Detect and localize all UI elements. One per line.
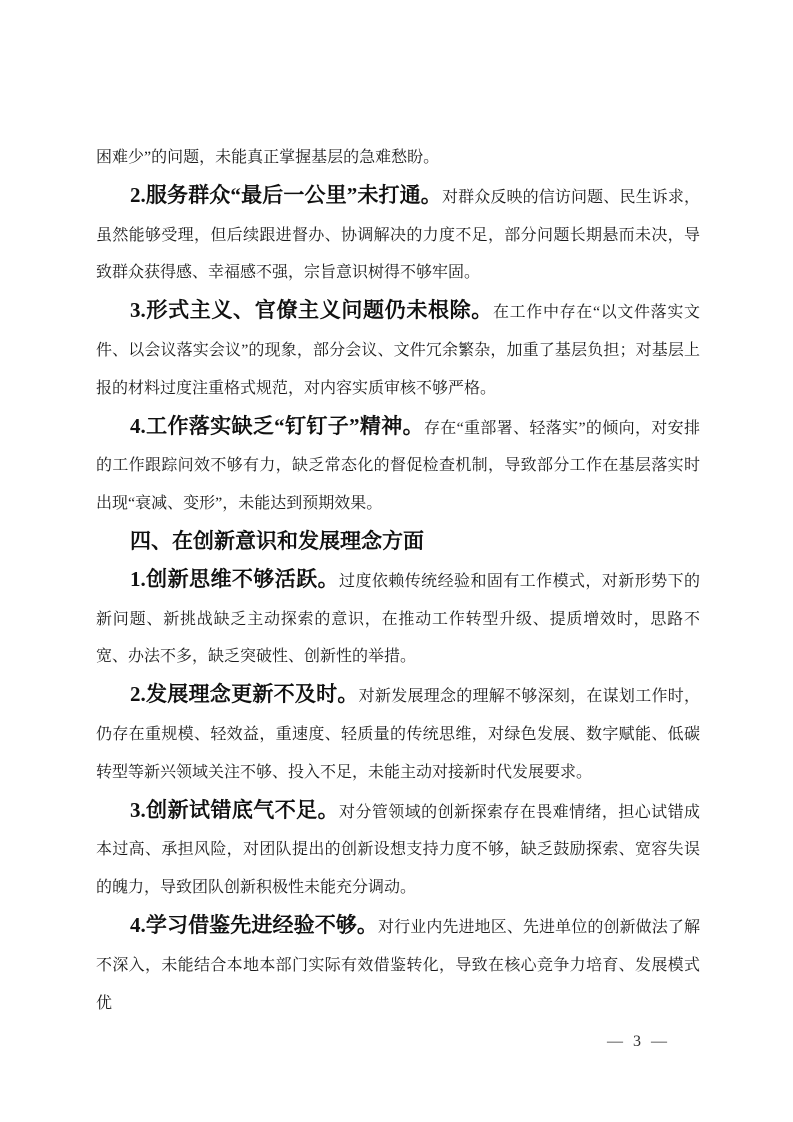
document-page: 困难少”的问题，未能真正掌握基层的急难愁盼。 2.服务群众“最后一公里”未打通。… bbox=[0, 0, 793, 1122]
paragraph-text: 困难少”的问题，未能真正掌握基层的急难愁盼。 bbox=[96, 149, 439, 166]
numbered-paragraph-3b: 3.创新试错底气不足。对分管领域的创新探索存在畏难情绪，担心试错成本过高、承担风… bbox=[96, 792, 700, 907]
numbered-paragraph-4b: 4.学习借鉴先进经验不够。对行业内先进地区、先进单位的创新做法了解不深入，未能结… bbox=[96, 907, 700, 1022]
numbered-paragraph-2b: 2.发展理念更新不及时。对新发展理念的理解不够深刻，在谋划工作时，仍存在重规模、… bbox=[96, 676, 700, 791]
paragraph-lead: 4.学习借鉴先进经验不够。 bbox=[130, 913, 378, 937]
paragraph-lead: 3.形式主义、官僚主义问题仍未根除。 bbox=[130, 298, 493, 322]
paragraph-lead: 3.创新试错底气不足。 bbox=[130, 798, 339, 822]
page-number: — 3 — bbox=[607, 1033, 670, 1051]
paragraph-lead: 2.服务群众“最后一公里”未打通。 bbox=[130, 183, 442, 207]
section-heading: 四、在创新意识和发展理念方面 bbox=[96, 523, 700, 561]
numbered-paragraph-2: 2.服务群众“最后一公里”未打通。对群众反映的信访问题、民生诉求，虽然能够受理，… bbox=[96, 177, 700, 292]
paragraph-lead: 2.发展理念更新不及时。 bbox=[130, 682, 359, 706]
numbered-paragraph-3: 3.形式主义、官僚主义问题仍未根除。在工作中存在“以文件落实文件、以会议落实会议… bbox=[96, 292, 700, 407]
paragraph-lead: 4.工作落实缺乏“钉钉子”精神。 bbox=[130, 414, 424, 438]
numbered-paragraph-1b: 1.创新思维不够活跃。过度依赖传统经验和固有工作模式，对新形势下的新问题、新挑战… bbox=[96, 561, 700, 676]
paragraph-lead: 1.创新思维不够活跃。 bbox=[130, 567, 339, 591]
document-body: 困难少”的问题，未能真正掌握基层的急难愁盼。 2.服务群众“最后一公里”未打通。… bbox=[96, 139, 700, 1022]
paragraph-continuation: 困难少”的问题，未能真正掌握基层的急难愁盼。 bbox=[96, 139, 700, 177]
numbered-paragraph-4: 4.工作落实缺乏“钉钉子”精神。存在“重部署、轻落实”的倾向，对安排的工作跟踪问… bbox=[96, 408, 700, 523]
